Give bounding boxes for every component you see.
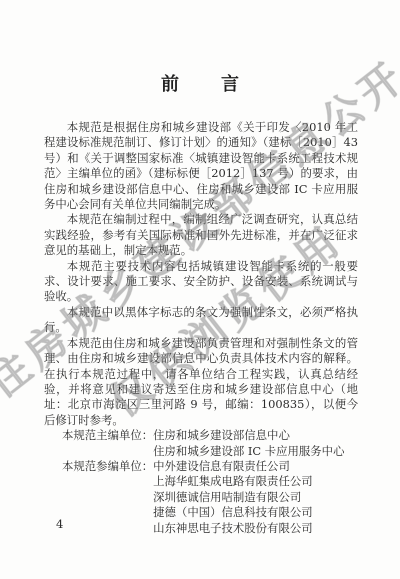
participating-editors-units: 中外建设信息有限责任公司 上海华虹集成电路有限责任公司 深圳德诚信用咭制造有限公…	[153, 459, 358, 536]
editors-section: 本规范主编单位： 住房和城乡建设部信息中心 住房和城乡建设部 IC 卡应用服务中…	[44, 428, 358, 536]
participating-editors-label: 本规范参编单位：	[62, 459, 153, 474]
foreword-paragraph: 本规范是根据住房和城乡建设部《关于印发〈2010 年工程建设标准规范制订、修订计…	[44, 120, 358, 212]
editor-unit: 中外建设信息有限责任公司	[153, 459, 358, 474]
foreword-paragraph: 本规范在编制过程中，编制组经广泛调查研究，认真总结实践经验，参考有关国际标准和国…	[44, 212, 358, 258]
editor-unit: 住房和城乡建设部信息中心	[153, 428, 358, 443]
editor-unit: 捷德（中国）信息科技有限公司	[153, 505, 358, 520]
chief-editors-label: 本规范主编单位：	[62, 428, 153, 443]
editor-unit: 住房和城乡建设部 IC 卡应用服务中心	[153, 444, 358, 459]
editor-unit: 上海华虹集成电路有限责任公司	[153, 474, 358, 489]
foreword-paragraph: 本规范由住房和城乡建设部负责管理和对强制性条文的管理、由住房和城乡建设部信息中心…	[44, 336, 358, 428]
foreword-content: 前 言 本规范是根据住房和城乡建设部《关于印发〈2010 年工程建设标准规范制订…	[44, 70, 358, 536]
chief-editors-units: 住房和城乡建设部信息中心 住房和城乡建设部 IC 卡应用服务中心	[153, 428, 358, 459]
foreword-paragraph: 本规范主要技术内容包括城镇建设智能卡系统的一般要求、设计要求、施工要求、安全防护…	[44, 259, 358, 305]
foreword-paragraph: 本规范中以黑体字标志的条文为强制性条文，必须严格执行。	[44, 305, 358, 336]
editor-unit: 深圳德诚信用咭制造有限公司	[153, 490, 358, 505]
document-page: 前 言 本规范是根据住房和城乡建设部《关于印发〈2010 年工程建设标准规范制订…	[0, 0, 400, 579]
page-title: 前 言	[44, 70, 358, 96]
page-number: 4	[56, 517, 63, 531]
participating-editors-row: 本规范参编单位： 中外建设信息有限责任公司 上海华虹集成电路有限责任公司 深圳德…	[62, 459, 358, 536]
editor-unit: 山东神思电子技术股份有限公司	[153, 521, 358, 536]
chief-editors-row: 本规范主编单位： 住房和城乡建设部信息中心 住房和城乡建设部 IC 卡应用服务中…	[62, 428, 358, 459]
